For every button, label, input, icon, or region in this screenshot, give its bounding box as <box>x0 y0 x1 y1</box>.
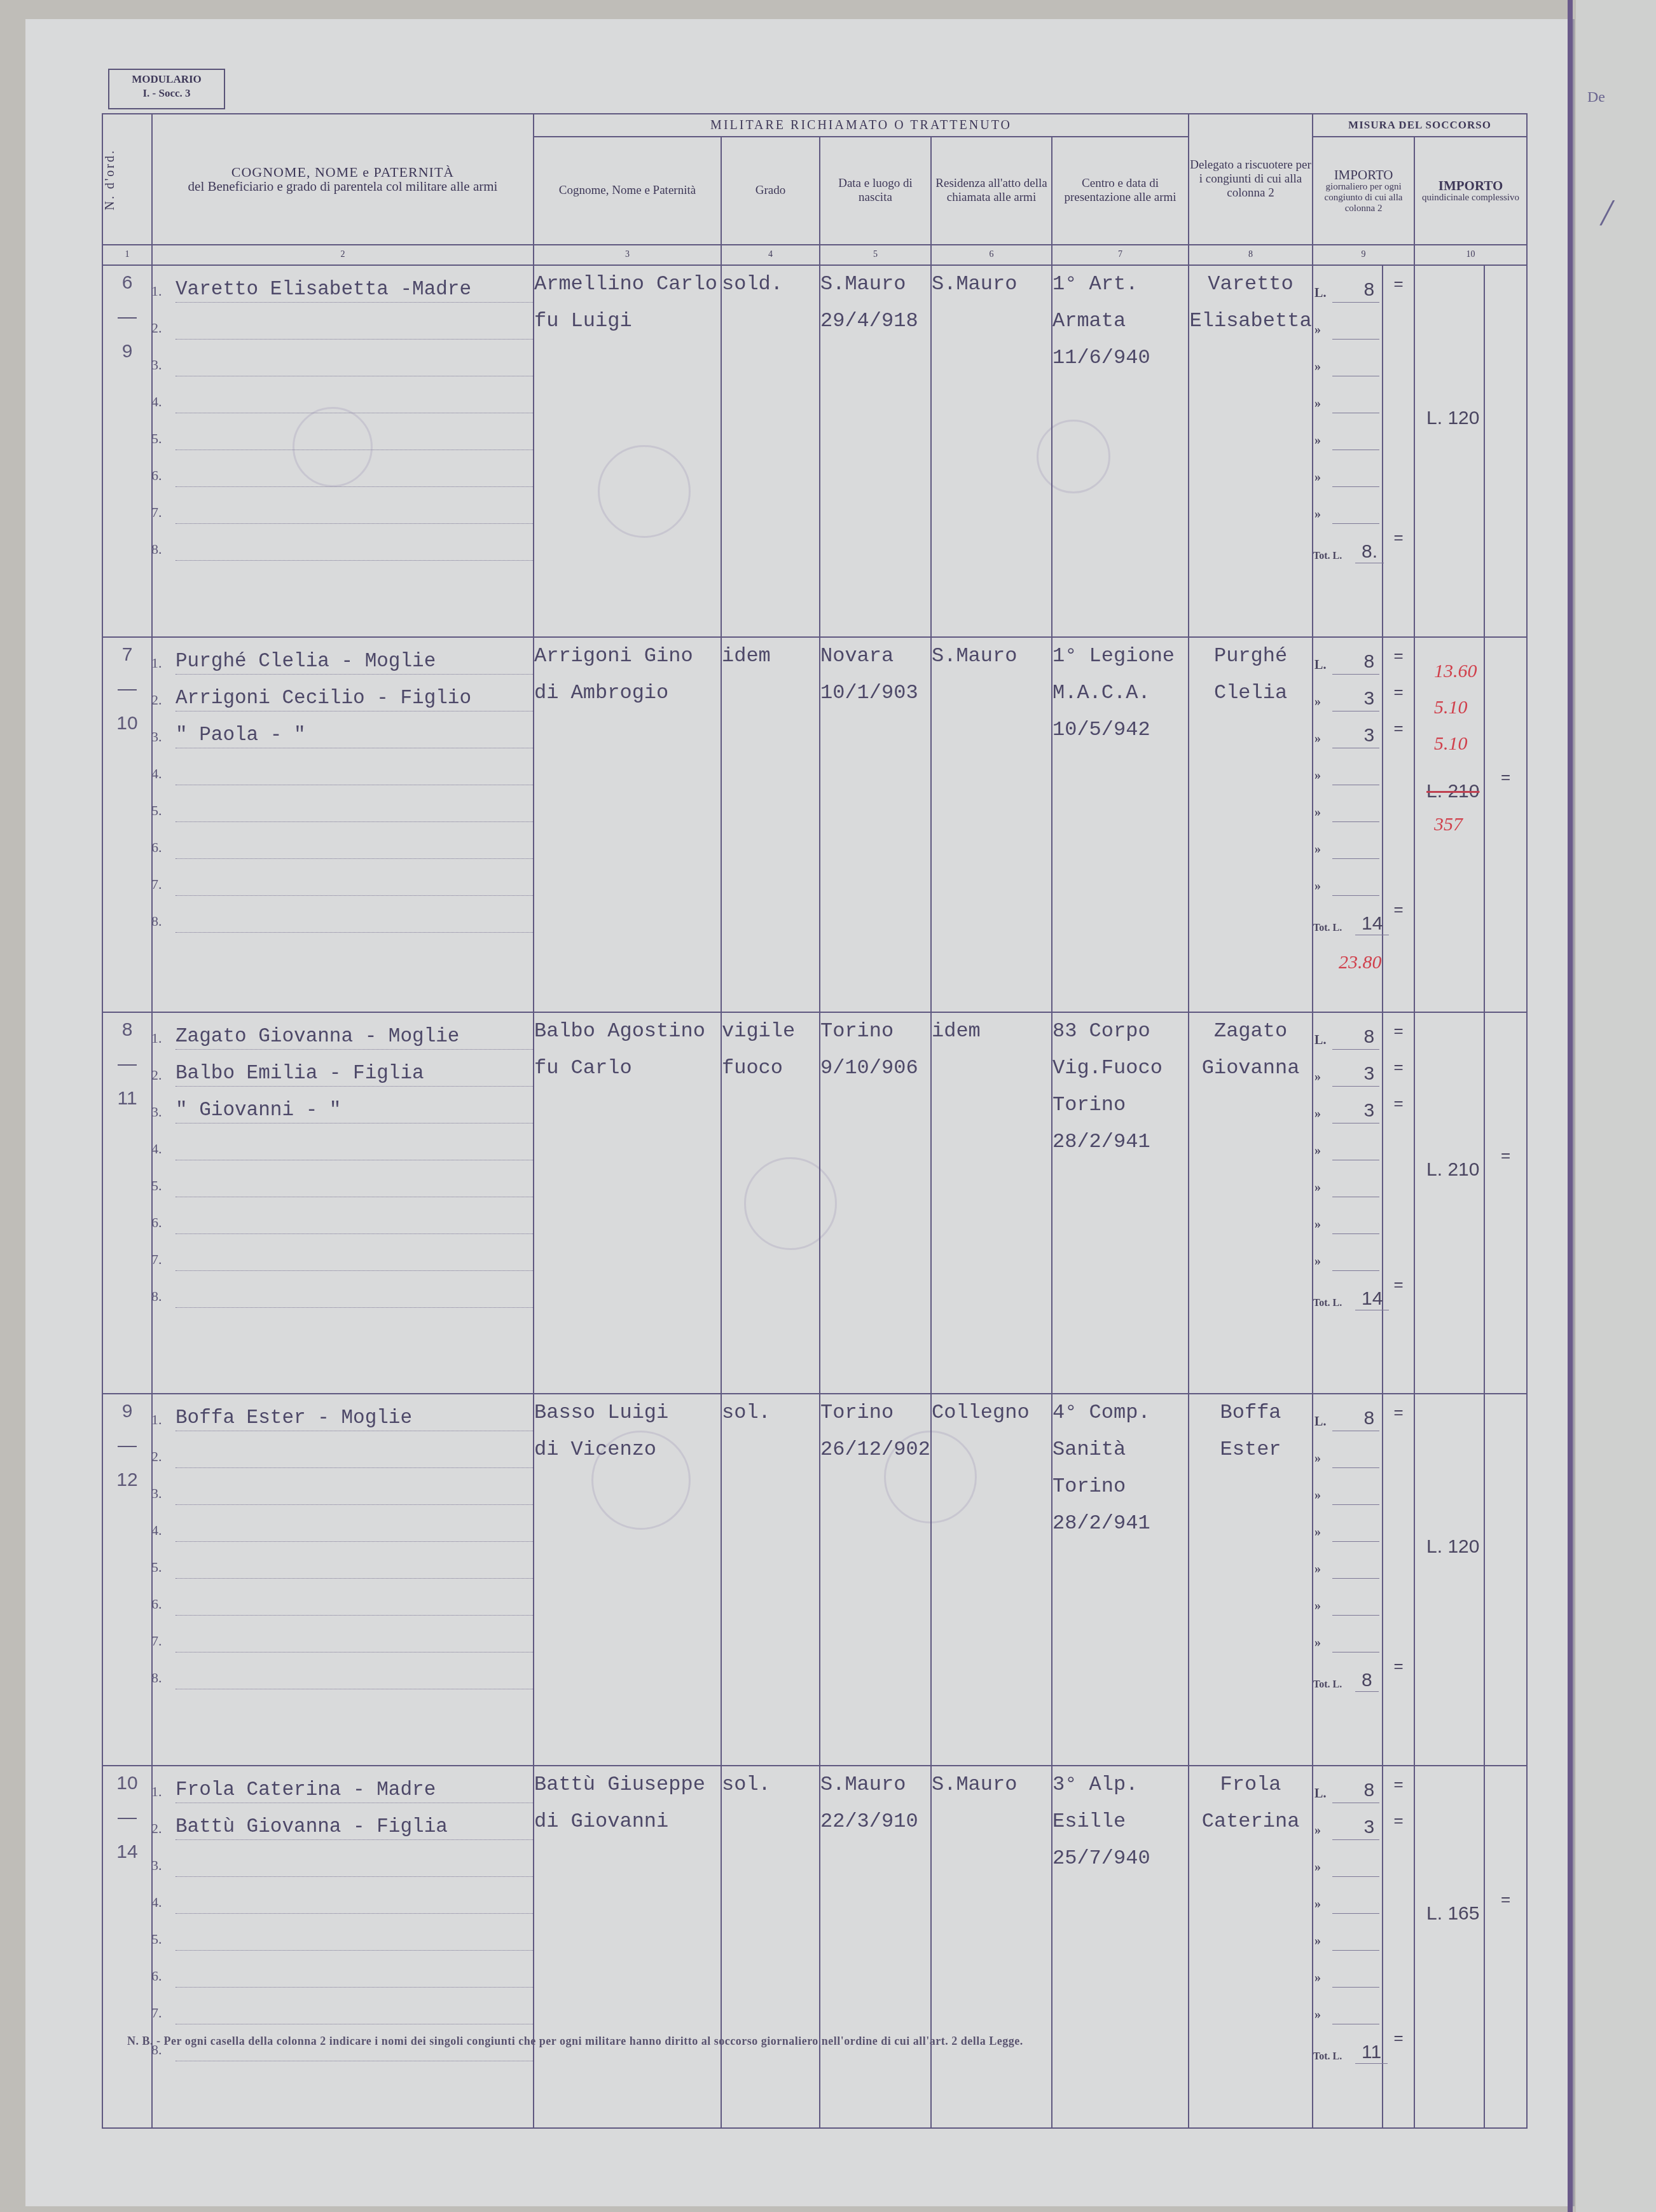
military-name-cell: Balbo Agostinofu Carlo <box>534 1012 721 1394</box>
military_name-line: Arrigoni Gino <box>534 638 721 675</box>
daily-total-value: 8. <box>1355 541 1384 563</box>
lira-prefix: » <box>1314 1070 1321 1085</box>
adjacent-page: De / <box>1576 0 1656 2212</box>
daily-total-value: 14 <box>1355 913 1389 935</box>
record-row: 8 — 11 1. Zagato Giovanna - Moglie 2. Ba… <box>102 1012 1527 1394</box>
equals-sign <box>1383 1503 1414 1539</box>
daily-amount: 8 <box>1363 1026 1374 1048</box>
beneficiary-line: 7. <box>176 1988 533 2024</box>
beneficiary-line-number: 3. <box>151 357 162 373</box>
equals-sign: = <box>1383 1013 1414 1049</box>
beneficiary-line-number: 6. <box>151 839 162 856</box>
beneficiaries-cell: 1. Purghé Clelia - Moglie 2. Arrigoni Ce… <box>152 637 534 1012</box>
lira-prefix: » <box>1314 1181 1321 1195</box>
lira-prefix: » <box>1314 842 1321 857</box>
grade-line: fuoco <box>722 1050 819 1087</box>
fortnight-equals-cell <box>1484 1394 1527 1766</box>
military_name-line: fu Luigi <box>534 303 721 340</box>
ord-number-cell: 6 — 9 <box>102 265 152 637</box>
residence-cell: Collegno <box>931 1394 1052 1766</box>
beneficiary-name: Zagato Giovanna - Moglie <box>176 1026 459 1048</box>
equals-sign <box>1383 374 1414 411</box>
beneficiary-line-number: 4. <box>151 394 162 410</box>
equals-sign <box>1383 483 1414 519</box>
delegate-line: Caterina <box>1189 1803 1312 1840</box>
beneficiary-line: 4. <box>176 1505 533 1542</box>
equals-sign: = <box>1383 710 1414 746</box>
header-center: Centro e data di presentazione alle armi <box>1052 137 1189 245</box>
presentation-center-cell: 3° Alp.Esille25/7/940 <box>1052 1766 1189 2128</box>
center-line: Esille <box>1052 1803 1188 1840</box>
colnum-2: 2 <box>152 245 534 265</box>
birth-cell: S.Mauro22/3/910 <box>820 1766 931 2128</box>
beneficiary-name: " Giovanni - " <box>176 1099 341 1122</box>
beneficiary-line-number: 5. <box>151 430 162 447</box>
beneficiary-name: Battù Giovanna - Figlia <box>176 1816 448 1838</box>
handwritten-correction: 5.10 <box>1434 733 1468 755</box>
lira-prefix: » <box>1314 1218 1321 1232</box>
record-row: 10 — 14 1. Frola Caterina - Madre 2. Bat… <box>102 1766 1527 2128</box>
equals-sign <box>1383 783 1414 819</box>
handwritten-correction: 5.10 <box>1434 697 1468 718</box>
beneficiary-line: 1. Zagato Giovanna - Moglie <box>176 1013 533 1050</box>
beneficiary-line: 7. <box>176 1616 533 1652</box>
beneficiary-line: 6. <box>176 1579 533 1616</box>
lira-prefix: » <box>1314 769 1321 783</box>
daily-amount-cell: L. 8 » 3 » » » » » Tot. L. <box>1313 1766 1383 2128</box>
lira-prefix: » <box>1314 732 1321 746</box>
records-body: 6 — 9 1. Varetto Elisabetta -Madre 2. 3.… <box>102 265 1527 2128</box>
daily-amount-cell: L. 8 » » » » » » Tot. L. <box>1313 265 1383 637</box>
birth-line: Torino <box>820 1013 930 1050</box>
beneficiary-line: 4. <box>176 748 533 785</box>
equals-sign: = <box>1383 266 1414 302</box>
beneficiary-line-number: 4. <box>151 766 162 782</box>
delegate-line: Giovanna <box>1189 1050 1312 1087</box>
beneficiary-line-number: 5. <box>151 1931 162 1948</box>
beneficiary-line: 4. <box>176 1123 533 1160</box>
daily-amount-line: » <box>1332 1234 1379 1271</box>
header-delegate: Delegato a riscuotere per i congiunti di… <box>1189 114 1313 245</box>
colnum-9: 9 <box>1313 245 1414 265</box>
delegate-cell: ZagatoGiovanna <box>1189 1012 1313 1394</box>
beneficiary-line-number: 3. <box>151 1857 162 1874</box>
beneficiary-line: 4. <box>176 1877 533 1914</box>
equals-sign <box>1383 447 1414 483</box>
lira-prefix: » <box>1314 507 1321 522</box>
fortnight-amount-cell: 13.605.105.10L. 210357 <box>1414 637 1484 1012</box>
grade-line: sol. <box>722 1766 819 1803</box>
daily-amount-line: » <box>1332 1505 1379 1542</box>
center-line: Armata <box>1052 303 1188 340</box>
beneficiary-line-number: 2. <box>151 320 162 336</box>
delegate-cell: VarettoElisabetta <box>1189 265 1313 637</box>
equals-sign <box>1383 1875 1414 1911</box>
ord-number-dash: — <box>103 300 151 334</box>
center-line: 1° Legione <box>1052 638 1188 675</box>
lira-prefix: » <box>1314 1824 1321 1838</box>
lira-prefix: » <box>1314 471 1321 485</box>
lira-prefix: L. <box>1314 1033 1326 1048</box>
daily-amount-cell: L. 8 » 3 » 3 » » » » Tot. L. <box>1313 637 1383 1012</box>
daily-total-value: 14 <box>1355 1288 1389 1310</box>
equals-sign: = <box>1383 1803 1414 1839</box>
beneficiary-line: 2. Balbo Emilia - Figlia <box>176 1050 533 1087</box>
daily-total: Tot. L. 8 <box>1313 1659 1382 1692</box>
grade-cell: sol. <box>721 1766 820 2128</box>
lira-prefix: » <box>1314 360 1321 374</box>
ord-number-top: 6 <box>103 266 151 300</box>
daily-amount-line: L. 8 <box>1332 1766 1379 1803</box>
delegate-line: Elisabetta <box>1189 303 1312 340</box>
daily-amount-line: » <box>1332 1616 1379 1652</box>
delegate-line: Clelia <box>1189 675 1312 711</box>
daily-total: Tot. L. 8. <box>1313 530 1382 563</box>
lira-prefix: » <box>1314 1525 1321 1540</box>
birth-cell: S.Mauro29/4/918 <box>820 265 931 637</box>
beneficiary-line: 1. Frola Caterina - Madre <box>176 1766 533 1803</box>
ord-number-dash: — <box>103 1801 151 1835</box>
beneficiary-line: 7. <box>176 859 533 896</box>
colnum-4: 4 <box>721 245 820 265</box>
daily-amount-line: » <box>1332 1123 1379 1160</box>
center-line: 83 Corpo <box>1052 1013 1188 1050</box>
fortnight-amount-cell: L. 210 <box>1414 1012 1484 1394</box>
center-line: 28/2/941 <box>1052 1123 1188 1160</box>
equals-sign: = <box>1383 1394 1414 1431</box>
military_name-line: Armellino Carlo <box>534 266 721 303</box>
daily-amount: 3 <box>1363 1817 1374 1838</box>
beneficiary-line: 4. <box>176 376 533 413</box>
birth-cell: Torino9/10/906 <box>820 1012 931 1394</box>
header-fortnight-amount: IMPORTO quindicinale complessivo <box>1414 137 1527 245</box>
beneficiary-line-number: 4. <box>151 1894 162 1911</box>
ord-number-bottom: 10 <box>103 706 151 741</box>
birth-line: 22/3/910 <box>820 1803 930 1840</box>
beneficiary-line: 8. <box>176 1271 533 1308</box>
military_name-line: Battù Giuseppe <box>534 1766 721 1803</box>
beneficiaries-cell: 1. Zagato Giovanna - Moglie 2. Balbo Emi… <box>152 1012 534 1394</box>
daily-amount-line: » <box>1332 1914 1379 1951</box>
ord-number-bottom: 14 <box>103 1835 151 1869</box>
beneficiary-line-number: 5. <box>151 1178 162 1194</box>
lira-prefix: » <box>1314 434 1321 448</box>
daily-amount-line: » <box>1332 1579 1379 1616</box>
adjacent-page-handwriting: / <box>1601 191 1612 235</box>
equals-sign <box>1383 1539 1414 1576</box>
grade-line: vigile <box>722 1013 819 1050</box>
daily-amount-line: » 3 <box>1332 1803 1379 1840</box>
delegate-cell: FrolaCaterina <box>1189 1766 1313 2128</box>
beneficiary-line-number: 7. <box>151 504 162 521</box>
military-name-cell: Basso Luigidi Vicenzo <box>534 1394 721 1766</box>
ord-number-bottom: 12 <box>103 1463 151 1497</box>
equals-sign <box>1383 1948 1414 1984</box>
military_name-line: Balbo Agostino <box>534 1013 721 1050</box>
delegate-cell: BoffaEster <box>1189 1394 1313 1766</box>
daily-amount-line: » <box>1332 859 1379 896</box>
beneficiary-line-number: 3. <box>151 1485 162 1502</box>
daily-amount-cell: L. 8 » 3 » 3 » » » » Tot. L. <box>1313 1012 1383 1394</box>
beneficiary-line: 6. <box>176 450 533 487</box>
beneficiary-line-number: 7. <box>151 1251 162 1268</box>
equals-sign <box>1383 819 1414 855</box>
lira-prefix: » <box>1314 1971 1321 1986</box>
equals-sign: = <box>1383 638 1414 674</box>
equals-sign: = <box>1383 1085 1414 1122</box>
delegate-line: Zagato <box>1189 1013 1312 1050</box>
beneficiary-line: 3. " Giovanni - " <box>176 1087 533 1123</box>
daily-amount-line: » <box>1332 1877 1379 1914</box>
daily-amount: 8 <box>1363 651 1374 673</box>
grade-cell: idem <box>721 637 820 1012</box>
center-line: Vig.Fuoco <box>1052 1050 1188 1087</box>
header-birth: Data e luogo di nascita <box>820 137 931 245</box>
center-line: 10/5/942 <box>1052 711 1188 748</box>
ord-number-cell: 8 — 11 <box>102 1012 152 1394</box>
grade-line: sol. <box>722 1394 819 1431</box>
lira-prefix: L. <box>1314 1415 1326 1429</box>
center-line: Sanità <box>1052 1431 1188 1468</box>
presentation-center-cell: 1° LegioneM.A.C.A.10/5/942 <box>1052 637 1189 1012</box>
delegate-cell: PurghéClelia <box>1189 637 1313 1012</box>
equals-sign <box>1383 1911 1414 1948</box>
beneficiary-line: 5. <box>176 1160 533 1197</box>
equals-sign: = <box>1383 1648 1414 1684</box>
beneficiary-line: 1. Boffa Ester - Moglie <box>176 1394 533 1431</box>
military-name-cell: Battù Giuseppedi Giovanni <box>534 1766 721 2128</box>
total-label: Tot. L. <box>1313 2051 1342 2063</box>
birth-line: S.Mauro <box>820 1766 930 1803</box>
lira-prefix: » <box>1314 1636 1321 1651</box>
beneficiary-line: 3. " Paola - " <box>176 711 533 748</box>
record-row: 6 — 9 1. Varetto Elisabetta -Madre 2. 3.… <box>102 265 1527 637</box>
beneficiaries-cell: 1. Varetto Elisabetta -Madre 2. 3. 4. 5.… <box>152 265 534 637</box>
military_name-line: di Giovanni <box>534 1803 721 1840</box>
birth-line: 9/10/906 <box>820 1050 930 1087</box>
daily-amount-line: » <box>1332 413 1379 450</box>
beneficiary-name: Frola Caterina - Madre <box>176 1779 436 1801</box>
beneficiary-line-number: 8. <box>151 1288 162 1305</box>
ord-number-top: 9 <box>103 1394 151 1429</box>
presentation-center-cell: 83 CorpoVig.FuocoTorino28/2/941 <box>1052 1012 1189 1394</box>
grade-line: idem <box>722 638 819 675</box>
daily-amount-line: » 3 <box>1332 1087 1379 1123</box>
header-military-name: Cognome, Nome e Paternità <box>534 137 721 245</box>
beneficiary-line: 3. <box>176 1468 533 1505</box>
residence-line: S.Mauro <box>932 638 1051 675</box>
equals-sign <box>1383 1158 1414 1194</box>
beneficiary-line: 3. <box>176 1840 533 1877</box>
beneficiary-line-number: 2. <box>151 1448 162 1465</box>
lira-prefix: » <box>1314 323 1321 338</box>
daily-amount-line: » <box>1332 340 1379 376</box>
presentation-center-cell: 1° Art.Armata11/6/940 <box>1052 265 1189 637</box>
modulario-code: I. - Socc. 3 <box>109 86 224 100</box>
beneficiary-line: 1. Varetto Elisabetta -Madre <box>176 266 533 303</box>
beneficiary-line: 2. <box>176 303 533 340</box>
equals-sign <box>1383 1612 1414 1648</box>
daily-amount-line: L. 8 <box>1332 1394 1379 1431</box>
colnum-6: 6 <box>931 245 1052 265</box>
birth-line: Novara <box>820 638 930 675</box>
beneficiaries-cell: 1. Frola Caterina - Madre 2. Battù Giova… <box>152 1766 534 2128</box>
ord-number-top: 7 <box>103 638 151 672</box>
center-line: 28/2/941 <box>1052 1505 1188 1542</box>
lira-prefix: » <box>1314 879 1321 894</box>
military_name-line: Basso Luigi <box>534 1394 721 1431</box>
daily-amount-cell: L. 8 » » » » » » Tot. L. <box>1313 1394 1383 1766</box>
fortnight-equals-cell: = <box>1484 637 1527 1012</box>
equals-sign <box>1383 411 1414 447</box>
beneficiary-name: Purghé Clelia - Moglie <box>176 650 436 673</box>
header-beneficiary: COGNOME, NOME e PATERNITÀ del Beneficiar… <box>152 114 534 245</box>
beneficiary-line-number: 7. <box>151 876 162 893</box>
birth-cell: Novara10/1/903 <box>820 637 931 1012</box>
header-group-military: MILITARE RICHIAMATO O TRATTENUTO <box>534 114 1189 137</box>
beneficiary-line-number: 1. <box>151 1030 162 1047</box>
handwritten-total-correction: 23.80 <box>1339 952 1382 973</box>
daily-amount-line: » <box>1332 376 1379 413</box>
daily-amount: 3 <box>1363 1100 1374 1122</box>
equals-sign <box>1383 338 1414 374</box>
equals-sign <box>1383 302 1414 338</box>
beneficiary-line: 5. <box>176 1914 533 1951</box>
birth-line: 26/12/902 <box>820 1431 930 1468</box>
handwritten-fortnight-correction: 357 <box>1434 814 1463 835</box>
ord-number-cell: 9 — 12 <box>102 1394 152 1766</box>
delegate-line: Purghé <box>1189 638 1312 675</box>
header-grade: Grado <box>721 137 820 245</box>
daily-amount: 8 <box>1363 1780 1374 1801</box>
relief-register-table: N. d'ord. COGNOME, NOME e PATERNITÀ del … <box>102 113 1528 2129</box>
daily-amount-line: L. 8 <box>1332 1013 1379 1050</box>
delegate-line: Ester <box>1189 1431 1312 1468</box>
beneficiary-line: 2. Battù Giovanna - Figlia <box>176 1803 533 1840</box>
beneficiary-line-number: 8. <box>151 541 162 558</box>
beneficiary-name: Balbo Emilia - Figlia <box>176 1062 424 1085</box>
lira-prefix: L. <box>1314 1787 1326 1801</box>
beneficiary-line-number: 7. <box>151 1633 162 1649</box>
birth-line: Torino <box>820 1394 930 1431</box>
fortnight-amount: L. 210 <box>1426 781 1479 802</box>
equals-sign <box>1383 1467 1414 1503</box>
beneficiary-line-number: 3. <box>151 1104 162 1120</box>
grade-line: sold. <box>722 266 819 303</box>
equals-sign <box>1383 1984 1414 2020</box>
beneficiary-name: Varetto Elisabetta -Madre <box>176 278 471 301</box>
daily-amount-line: » <box>1332 303 1379 340</box>
header-ord: N. d'ord. <box>102 114 152 245</box>
center-line: 25/7/940 <box>1052 1840 1188 1877</box>
military_name-line: di Ambrogio <box>534 675 721 711</box>
page-edge <box>1568 0 1573 2212</box>
fortnight-amount-cell: L. 120 <box>1414 1394 1484 1766</box>
beneficiary-name: Boffa Ester - Moglie <box>176 1407 412 1429</box>
beneficiary-line-number: 6. <box>151 467 162 484</box>
daily-amount-line: » <box>1332 1431 1379 1468</box>
fortnight-amount-cell: L. 120 <box>1414 265 1484 637</box>
delegate-line: Frola <box>1189 1766 1312 1803</box>
grade-cell: sold. <box>721 265 820 637</box>
lira-prefix: » <box>1314 397 1321 411</box>
equals-sign <box>1383 1194 1414 1230</box>
daily-amount-line: » <box>1332 450 1379 487</box>
daily-equals-cell: ==== <box>1383 1012 1414 1394</box>
beneficiary-line: 8. <box>176 1652 533 1689</box>
presentation-center-cell: 4° Comp.SanitàTorino28/2/941 <box>1052 1394 1189 1766</box>
lira-prefix: » <box>1314 1562 1321 1577</box>
fortnight-amount: L. 120 <box>1426 408 1479 429</box>
beneficiary-line-number: 6. <box>151 1214 162 1231</box>
fortnight-equals-cell: = <box>1484 1766 1527 2128</box>
beneficiary-line-number: 5. <box>151 1559 162 1576</box>
fortnight-amount: L. 165 <box>1426 1903 1479 1925</box>
equals-sign <box>1383 1230 1414 1267</box>
daily-total: Tot. L. 14 <box>1313 902 1382 935</box>
lira-prefix: » <box>1314 1599 1321 1614</box>
beneficiary-line-number: 6. <box>151 1596 162 1612</box>
fortnight-amount-cell: L. 165 <box>1414 1766 1484 2128</box>
fortnight-amount: L. 120 <box>1426 1536 1479 1558</box>
beneficiary-line: 7. <box>176 487 533 524</box>
military-name-cell: Armellino Carlofu Luigi <box>534 265 721 637</box>
lira-prefix: » <box>1314 1860 1321 1875</box>
lira-prefix: » <box>1314 1107 1321 1122</box>
beneficiary-line: 2. Arrigoni Cecilio - Figlio <box>176 675 533 711</box>
center-line: 11/6/940 <box>1052 340 1188 376</box>
residence-cell: S.Mauro <box>931 637 1052 1012</box>
colnum-10: 10 <box>1414 245 1527 265</box>
ord-number-bottom: 11 <box>103 1082 151 1116</box>
lira-prefix: » <box>1314 1488 1321 1503</box>
beneficiary-line-number: 2. <box>151 1820 162 1837</box>
beneficiary-line-number: 8. <box>151 913 162 930</box>
lira-prefix: » <box>1314 1452 1321 1466</box>
beneficiary-line: 6. <box>176 822 533 859</box>
beneficiary-line-number: 7. <box>151 2005 162 2021</box>
delegate-line: Boffa <box>1189 1394 1312 1431</box>
adjacent-page-fragment: De <box>1587 89 1605 106</box>
beneficiary-line: 5. <box>176 413 533 450</box>
beneficiary-name: " Paola - " <box>176 724 306 746</box>
beneficiary-line: 8. <box>176 524 533 561</box>
total-label: Tot. L. <box>1313 1679 1342 1691</box>
daily-equals-cell: == <box>1383 1394 1414 1766</box>
total-label: Tot. L. <box>1313 551 1342 562</box>
equals-sign: = <box>1383 1766 1414 1803</box>
beneficiary-line: 3. <box>176 340 533 376</box>
beneficiary-line-number: 6. <box>151 1968 162 1984</box>
lira-prefix: » <box>1314 1254 1321 1269</box>
daily-amount-line: » <box>1332 1988 1379 2024</box>
birth-line: 10/1/903 <box>820 675 930 711</box>
header-residence: Residenza all'atto della chiamata alle a… <box>931 137 1052 245</box>
colnum-1: 1 <box>102 245 152 265</box>
header-daily-amount: IMPORTO giornaliero per ogni congiunto d… <box>1313 137 1414 245</box>
grade-cell: vigilefuoco <box>721 1012 820 1394</box>
delegate-line: Varetto <box>1189 266 1312 303</box>
record-row: 9 — 12 1. Boffa Ester - Moglie 2. 3. 4. … <box>102 1394 1527 1766</box>
colnum-8: 8 <box>1189 245 1313 265</box>
beneficiary-line-number: 3. <box>151 729 162 745</box>
ord-number-top: 10 <box>103 1766 151 1801</box>
birth-line: 29/4/918 <box>820 303 930 340</box>
fortnight-equals-cell: = <box>1484 1012 1527 1394</box>
lira-prefix: » <box>1314 695 1321 710</box>
beneficiary-line-number: 1. <box>151 655 162 671</box>
residence-line: S.Mauro <box>932 266 1051 303</box>
